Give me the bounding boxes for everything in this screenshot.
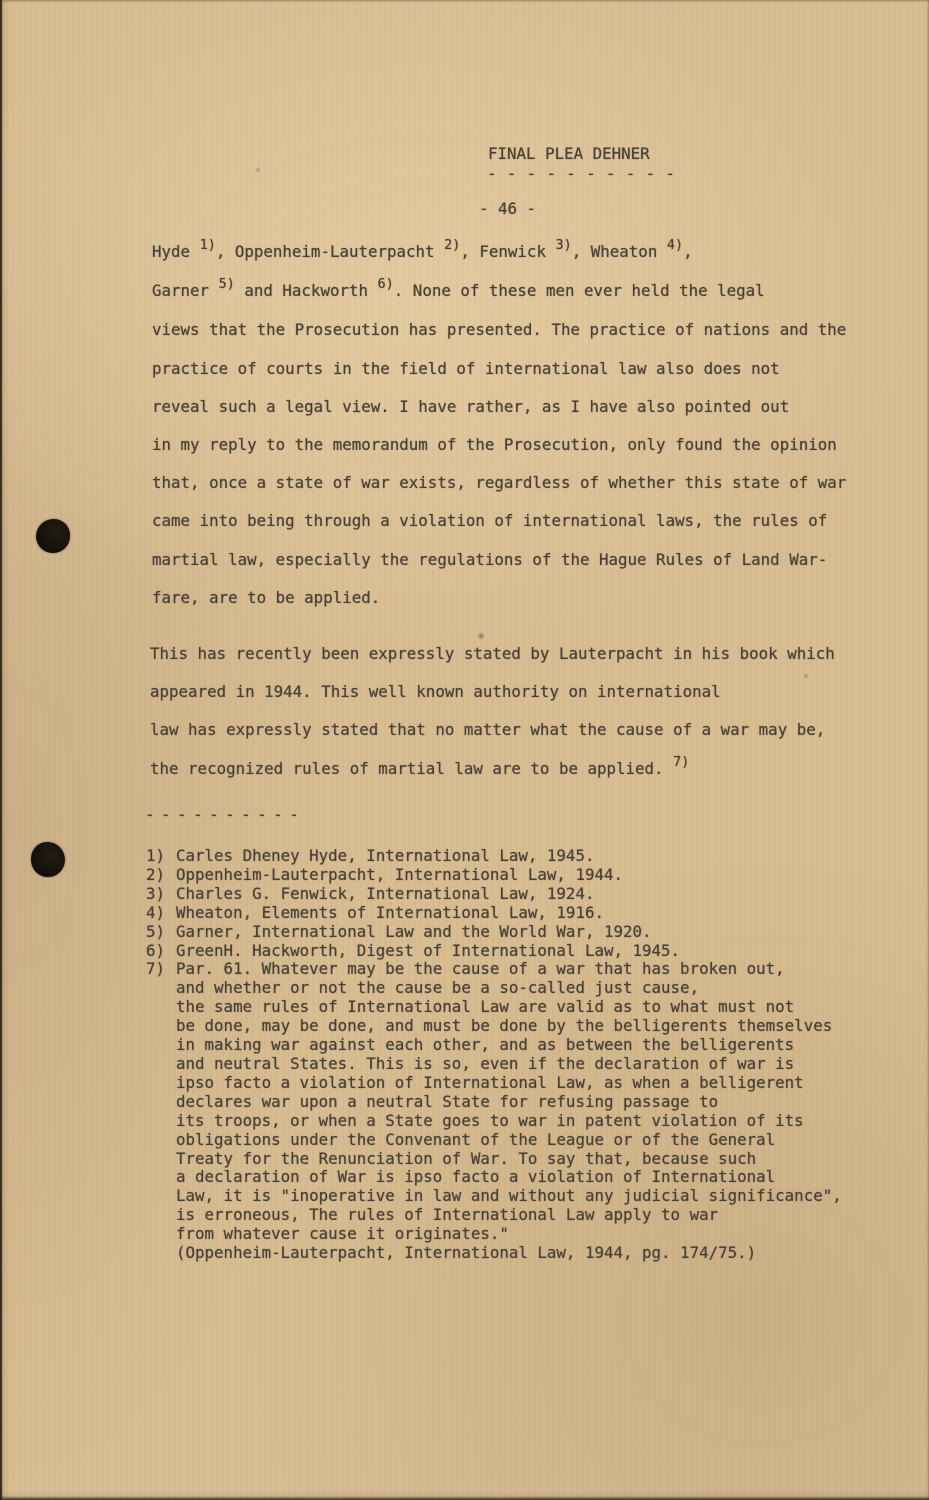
- text-line: a declaration of War is ipso facto a vio…: [176, 1168, 842, 1187]
- footnote-number: 4): [146, 904, 176, 923]
- text-line: (Oppenheim-Lauterpacht, International La…: [176, 1244, 842, 1263]
- text-line: the recognized rules of martial law are …: [150, 750, 835, 789]
- footnote-item: 3)Charles G. Fenwick, International Law,…: [146, 885, 842, 904]
- text-line: is erroneous, The rules of International…: [176, 1206, 842, 1225]
- footnote-item: 6)GreenH. Hackworth, Digest of Internati…: [146, 942, 842, 961]
- text-line: Wheaton, Elements of International Law, …: [176, 904, 604, 923]
- footnote-number: 5): [146, 923, 176, 942]
- text-line: reveal such a legal view. I have rather,…: [152, 388, 846, 426]
- footnote-text: Garner, International Law and the World …: [176, 923, 652, 942]
- text-line: its troops, or when a State goes to war …: [176, 1112, 842, 1131]
- text-line: Treaty for the Renunciation of War. To s…: [176, 1150, 842, 1169]
- footnote-marker: 2): [444, 237, 460, 253]
- scanned-document-page: FINAL PLEA DEHNER - - - - - - - - - - - …: [0, 0, 929, 1500]
- footnote-text: GreenH. Hackworth, Digest of Internation…: [176, 942, 680, 961]
- text-line: fare, are to be applied.: [152, 579, 846, 617]
- text-line: Par. 61. Whatever may be the cause of a …: [176, 960, 842, 979]
- footnote-item: 7)Par. 61. Whatever may be the cause of …: [146, 960, 842, 1263]
- text-line: This has recently been expressly stated …: [150, 635, 835, 673]
- text-line: Charles G. Fenwick, International Law, 1…: [176, 885, 594, 904]
- text-line: that, once a state of war exists, regard…: [152, 464, 846, 502]
- text-line: obligations under the Convenant of the L…: [176, 1131, 842, 1150]
- text-line: ipso facto a violation of International …: [176, 1074, 842, 1093]
- title-underline-dashes: - - - - - - - - - -: [487, 164, 675, 183]
- footnote-text: Carles Dheney Hyde, International Law, 1…: [176, 847, 594, 866]
- text-line: appeared in 1944. This well known author…: [150, 673, 835, 711]
- body-paragraph-1: Hyde 1), Oppenheim-Lauterpacht 2), Fenwi…: [152, 233, 846, 617]
- text-line: views that the Prosecution has presented…: [152, 311, 846, 349]
- text-line: and whether or not the cause be a so-cal…: [176, 979, 842, 998]
- footnote-marker: 3): [555, 237, 571, 253]
- footnote-text: Wheaton, Elements of International Law, …: [176, 904, 604, 923]
- text-line: practice of courts in the field of inter…: [152, 350, 846, 388]
- footnote-number: 7): [146, 960, 176, 979]
- footnote-marker: 1): [200, 237, 216, 253]
- document-title: FINAL PLEA DEHNER: [488, 144, 650, 163]
- text-line: declares war upon a neutral State for re…: [176, 1093, 842, 1112]
- footnote-number: 6): [146, 942, 176, 961]
- footnote-marker: 6): [378, 276, 394, 292]
- footnote-item: 5)Garner, International Law and the Worl…: [146, 923, 842, 942]
- footnote-separator-dashes: - - - - - - - - - -: [145, 805, 297, 824]
- footnote-text: Par. 61. Whatever may be the cause of a …: [176, 960, 842, 1263]
- text-line: in making war against each other, and as…: [176, 1036, 842, 1055]
- footnote-number: 3): [146, 885, 176, 904]
- text-line: from whatever cause it originates.": [176, 1225, 842, 1244]
- footnote-item: 2)Oppenheim-Lauterpacht, International L…: [146, 866, 842, 885]
- footnote-text: Oppenheim-Lauterpacht, International Law…: [176, 866, 623, 885]
- footnote-marker: 5): [219, 276, 235, 292]
- text-line: be done, may be done, and must be done b…: [176, 1017, 842, 1036]
- text-line: martial law, especially the regulations …: [152, 541, 846, 579]
- footnote-number: 1): [146, 847, 176, 866]
- text-line: Garner, International Law and the World …: [176, 923, 652, 942]
- text-line: came into being through a violation of i…: [152, 502, 846, 540]
- hole-punch-bottom: [31, 842, 65, 877]
- hole-punch-top: [36, 519, 70, 553]
- footnote-item: 4)Wheaton, Elements of International Law…: [146, 904, 842, 923]
- text-line: Law, it is "inoperative in law and witho…: [176, 1187, 842, 1206]
- footnote-marker: 4): [667, 237, 683, 253]
- text-line: law has expressly stated that no matter …: [150, 711, 835, 749]
- text-line: and neutral States. This is so, even if …: [176, 1055, 842, 1074]
- text-line: Hyde 1), Oppenheim-Lauterpacht 2), Fenwi…: [152, 233, 846, 272]
- footnote-number: 2): [146, 866, 176, 885]
- footnote-text: Charles G. Fenwick, International Law, 1…: [176, 885, 594, 904]
- text-line: Carles Dheney Hyde, International Law, 1…: [176, 847, 594, 866]
- page-number: - 46 -: [479, 199, 536, 218]
- text-line: Garner 5) and Hackworth 6). None of thes…: [152, 272, 846, 311]
- text-line: the same rules of International Law are …: [176, 998, 842, 1017]
- footnote-marker: 7): [673, 754, 689, 770]
- text-line: Oppenheim-Lauterpacht, International Law…: [176, 866, 623, 885]
- body-paragraph-2: This has recently been expressly stated …: [150, 635, 835, 789]
- text-line: in my reply to the memorandum of the Pro…: [152, 426, 846, 464]
- footnote-item: 1)Carles Dheney Hyde, International Law,…: [146, 847, 842, 866]
- text-line: GreenH. Hackworth, Digest of Internation…: [176, 942, 680, 961]
- footnote-list: 1)Carles Dheney Hyde, International Law,…: [146, 847, 842, 1263]
